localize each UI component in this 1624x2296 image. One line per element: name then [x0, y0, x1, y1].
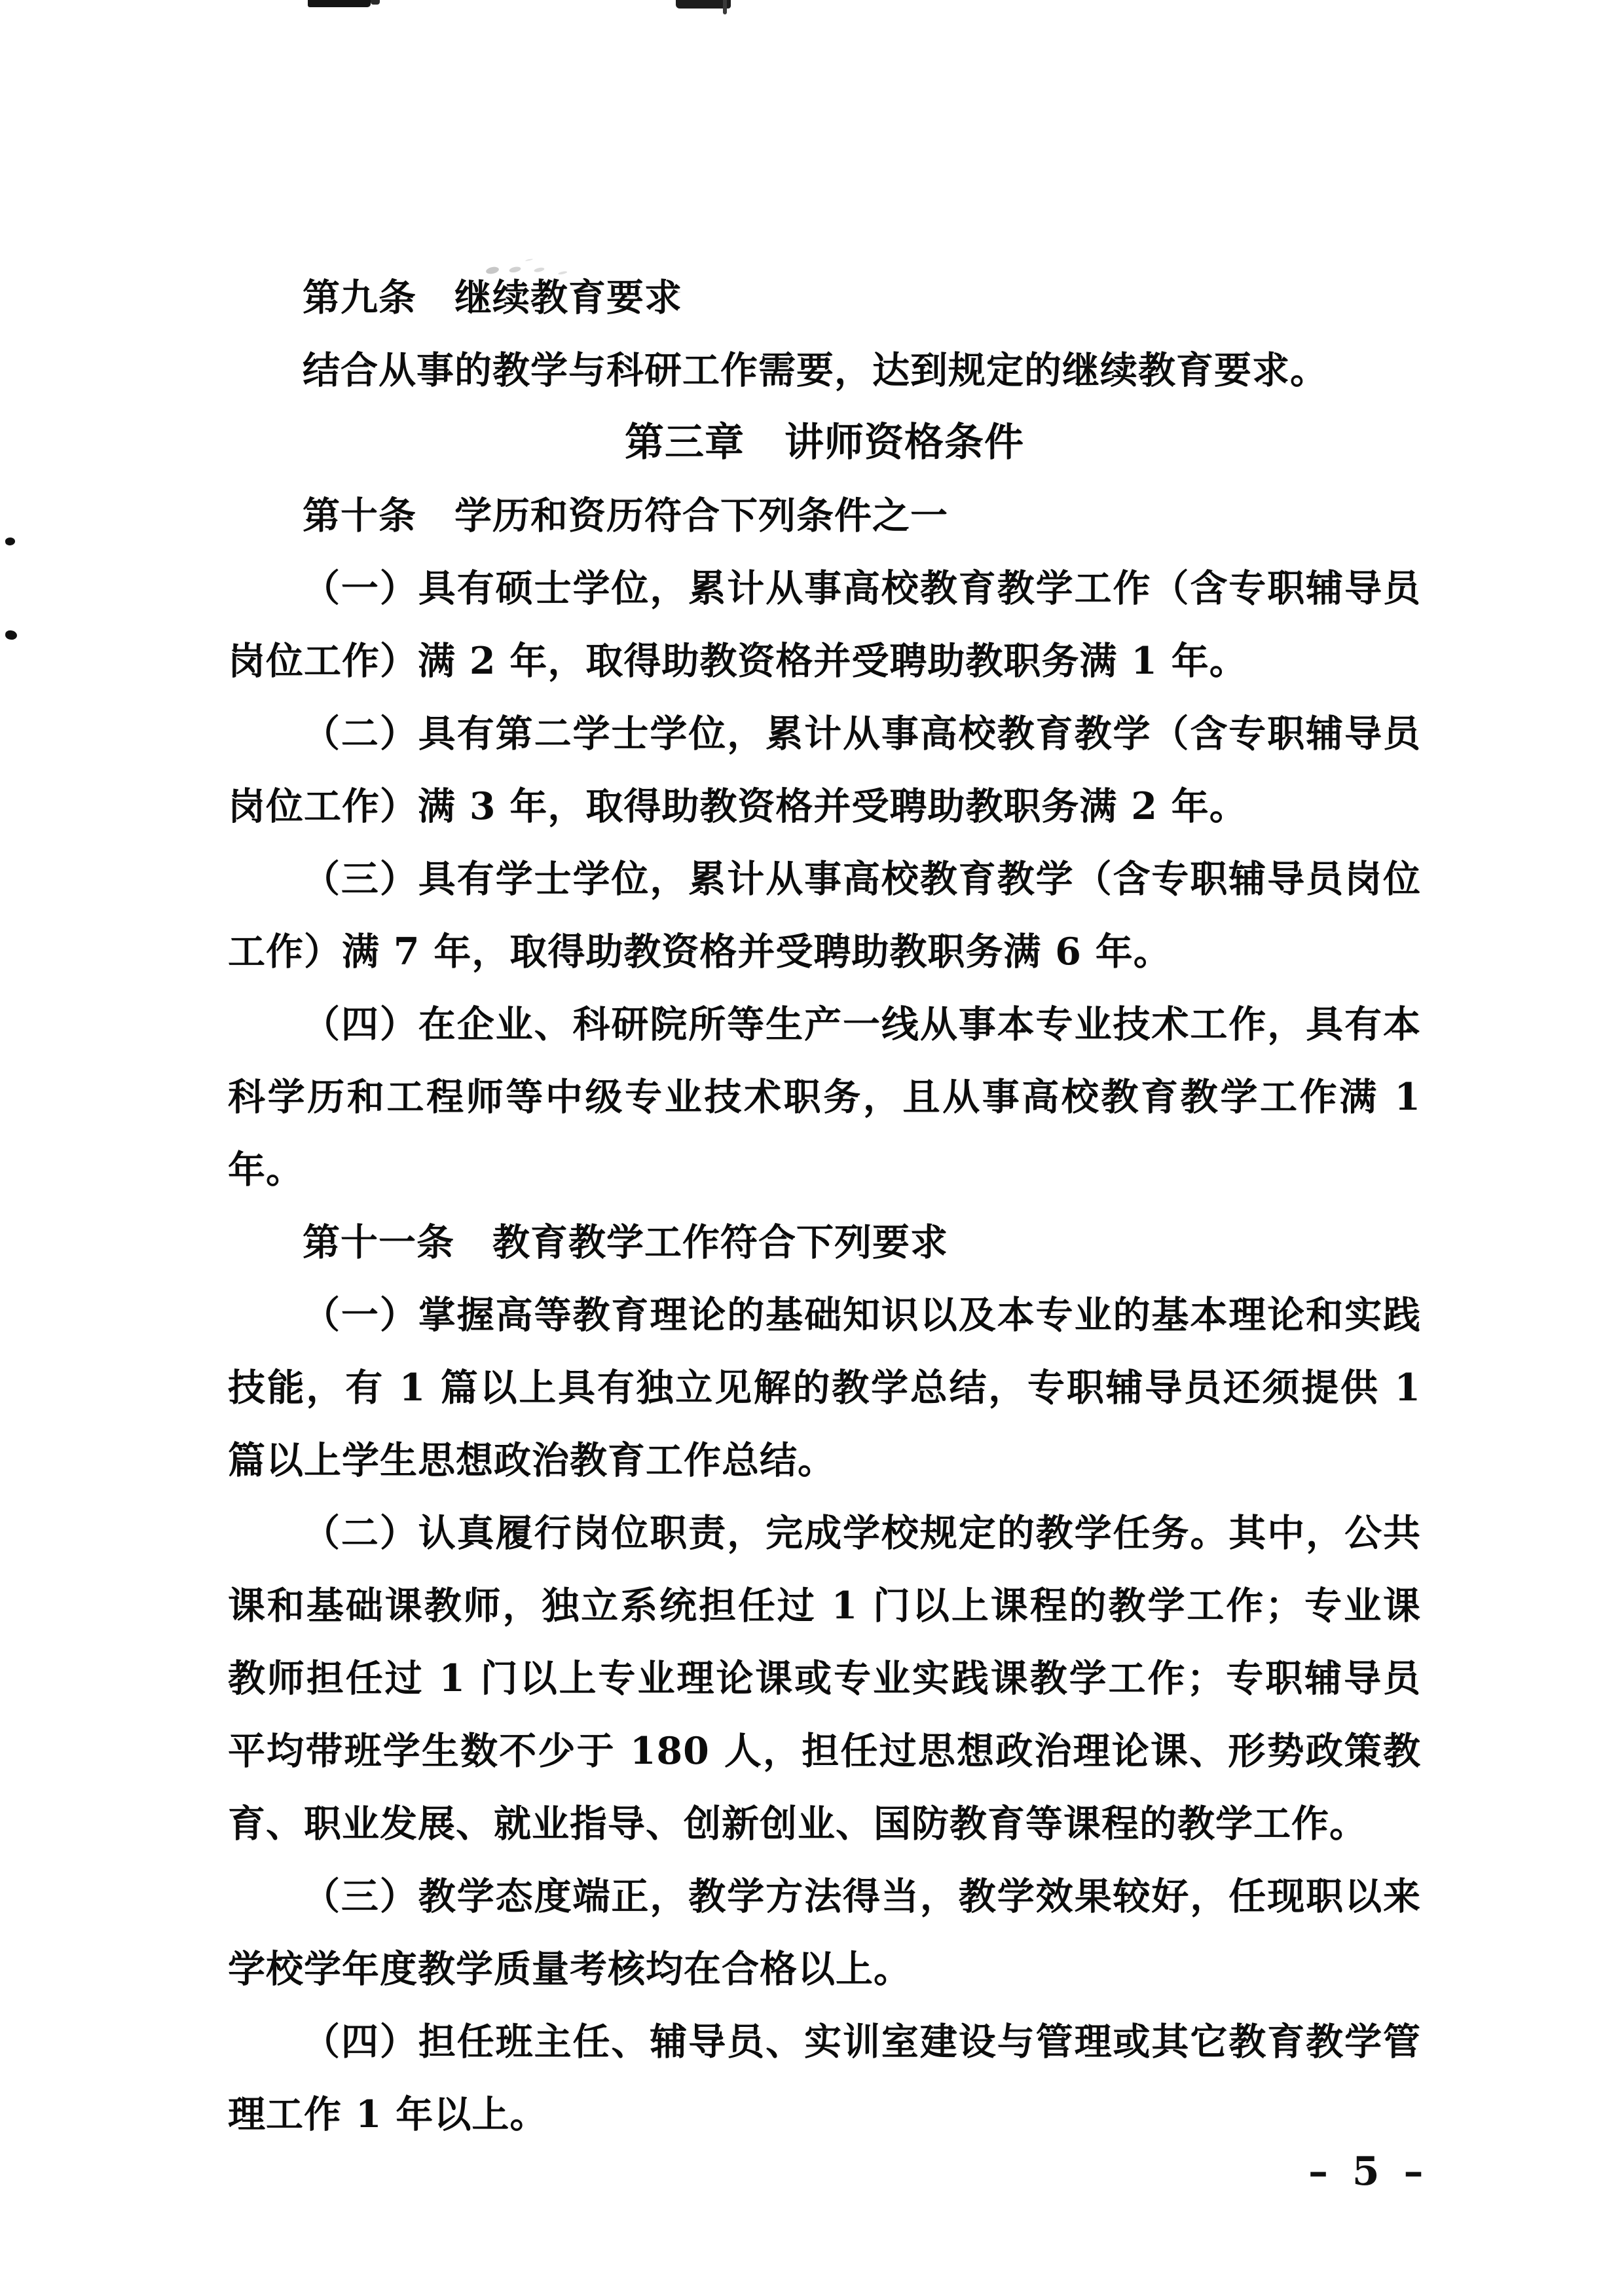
document-body: 第九条 继续教育要求 结合从事的教学与科研工作需要，达到规定的继续教育要求。 第…: [228, 261, 1421, 2151]
article-9-body: 结合从事的教学与科研工作需要，达到规定的继续教育要求。: [228, 334, 1421, 407]
article-11-item-2: （二）认真履行岗位职责，完成学校规定的教学任务。其中，公共课和基础课教师，独立系…: [228, 1497, 1421, 1860]
article-10-item-1: （一）具有硕士学位，累计从事高校教育教学工作（含专职辅导员岗位工作）满 2 年，…: [228, 552, 1421, 697]
scan-artifact-top-left: [308, 0, 371, 7]
article-9-heading: 第九条 继续教育要求: [228, 261, 1421, 334]
article-11-item-4: （四）担任班主任、辅导员、实训室建设与管理或其它教育教学管理工作 1 年以上。: [228, 2005, 1421, 2151]
article-11-item-1: （一）掌握高等教育理论的基础知识以及本专业的基本理论和实践技能，有 1 篇以上具…: [228, 1279, 1421, 1497]
scan-artifact-top-right: [676, 0, 731, 9]
article-10-item-3: （三）具有学士学位，累计从事高校教育教学（含专职辅导员岗位工作）满 7 年，取得…: [228, 843, 1421, 988]
page-number: – 5 –: [1308, 2149, 1429, 2195]
article-11-item-3: （三）教学态度端正，教学方法得当，教学效果较好，任现职以来学校学年度教学质量考核…: [228, 1860, 1421, 2005]
scanned-page: 第九条 继续教育要求 结合从事的教学与科研工作需要，达到规定的继续教育要求。 第…: [0, 0, 1624, 2296]
article-10-item-4: （四）在企业、科研院所等生产一线从事本专业技术工作，具有本科学历和工程师等中级专…: [228, 988, 1421, 1206]
article-10-heading: 第十条 学历和资历符合下列条件之一: [228, 479, 1421, 552]
article-10-item-2: （二）具有第二学士学位，累计从事高校教育教学（含专职辅导员岗位工作）满 3 年，…: [228, 697, 1421, 843]
scan-margin-mark-2: [5, 630, 17, 640]
scan-margin-mark-1: [5, 537, 16, 546]
chapter-3-heading: 第三章 讲师资格条件: [228, 407, 1421, 479]
article-11-heading: 第十一条 教育教学工作符合下列要求: [228, 1206, 1421, 1279]
